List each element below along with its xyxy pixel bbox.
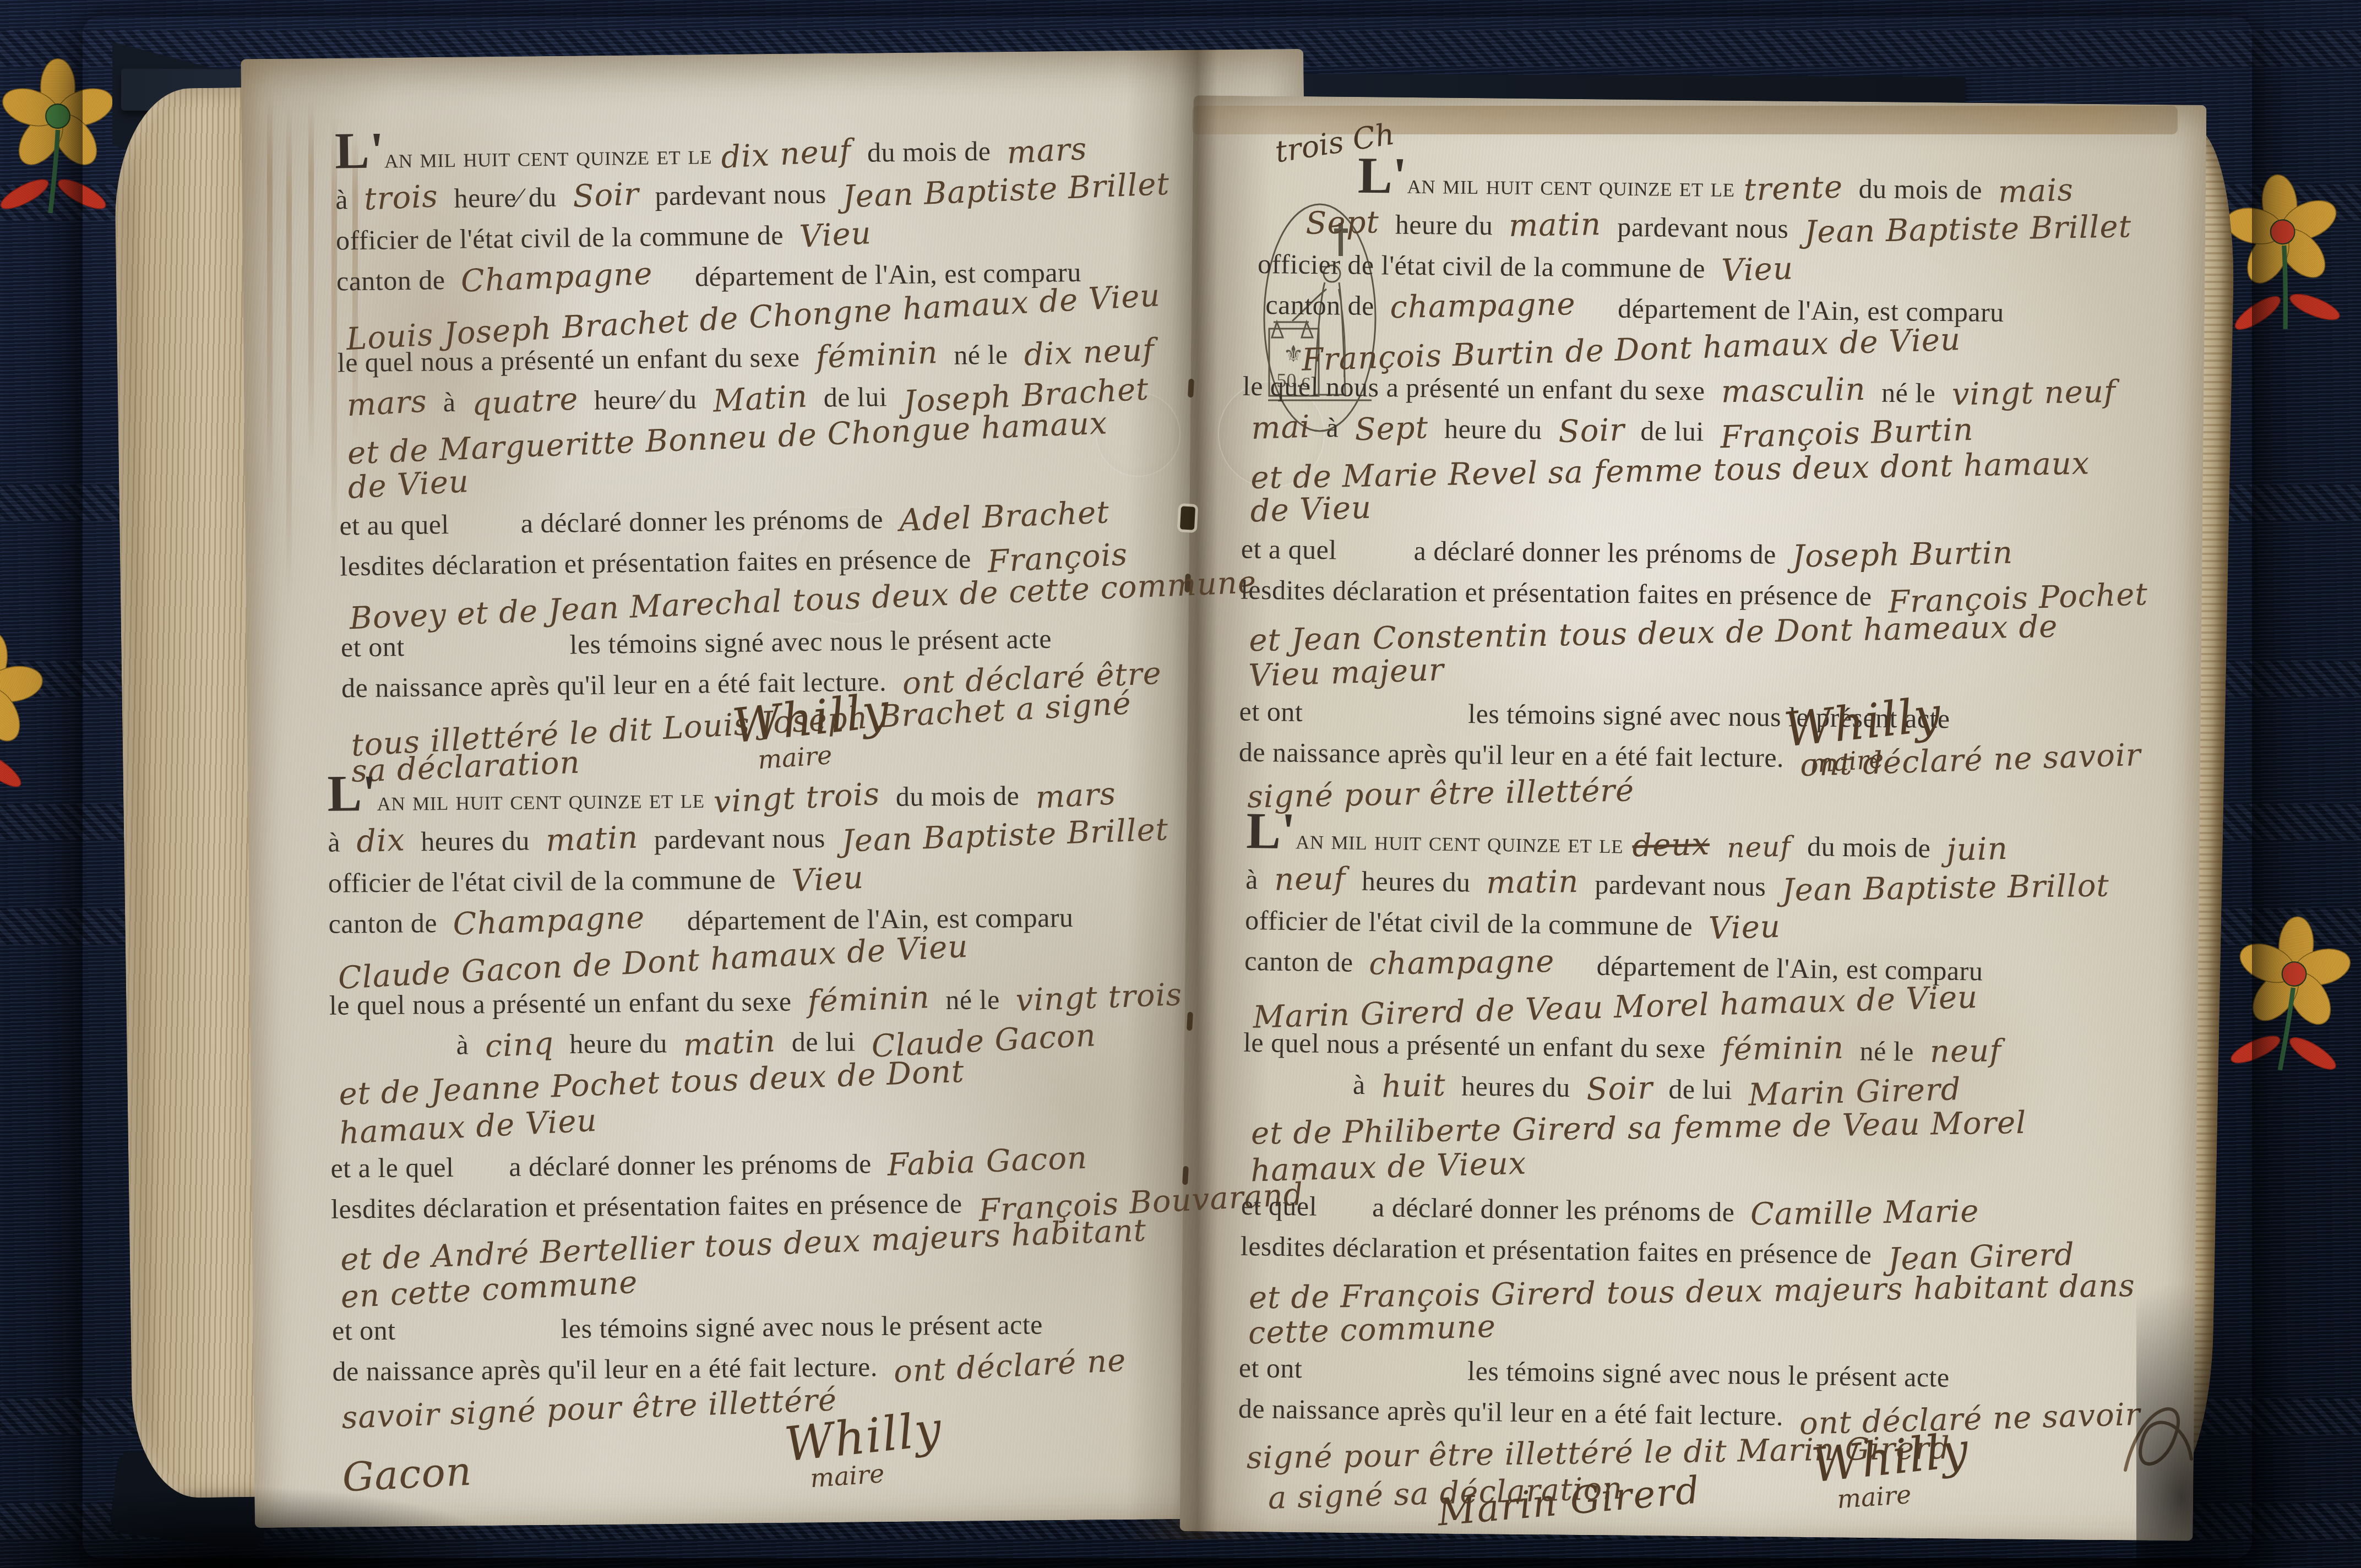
printed-form-text: de naissance après qu'il leur en a été f… — [1238, 1393, 1791, 1431]
printed-form-text: et a le quel — [330, 1152, 454, 1184]
printed-form-text: a déclaré donner les prénoms de — [509, 1148, 879, 1182]
printed-form-text: L'an mil huit cent quinze et le — [1358, 159, 1736, 204]
form-blank — [654, 929, 687, 930]
printed-form-text: du mois de — [1851, 173, 1989, 205]
printed-form-text: heures du — [1454, 1070, 1577, 1103]
mayor-signature: Whilly maire — [732, 691, 890, 770]
birth-act-entry: L'an mil huit cent quinze et le deuxneuf… — [1237, 814, 2128, 1526]
printed-form-text: les témoins signé avec nous le présent a… — [561, 1309, 1043, 1344]
handwritten-entry: Jean Baptiste Brillot — [1782, 869, 2109, 907]
handwritten-entry: Sept — [1354, 411, 1429, 447]
printed-form-text: et ont — [1239, 1352, 1303, 1384]
handwritten-entry: champagne — [1390, 288, 1576, 324]
handwritten-entry: matin — [545, 821, 639, 858]
handwritten-entry: hamaux de Vieu — [339, 1104, 598, 1151]
printed-form-text: a déclaré donner les prénoms de — [1372, 1191, 1742, 1227]
form-blank — [662, 285, 695, 287]
printed-form-text: de lui — [1661, 1073, 1739, 1105]
handwritten-entry: deux — [1631, 828, 1710, 863]
printed-form-text: a déclaré donner les prénoms de — [1413, 535, 1783, 570]
printed-form-text: pardevant nous — [1587, 869, 1774, 902]
mayor-signature: Whilly maire — [785, 1409, 943, 1489]
printed-form-text: canton de — [336, 264, 453, 297]
handwritten-entry: Vieu — [1708, 911, 1781, 946]
printed-form-text: lesdites déclaration et présentation fai… — [340, 543, 978, 581]
printed-form-text: pardevant nous — [648, 178, 834, 211]
handwritten-entry: de Vieu — [347, 465, 470, 505]
handwritten-entry: et de Marie Revel sa femme tous deux don… — [1250, 447, 2090, 495]
printed-form-text: et a quel — [1241, 533, 1337, 565]
handwritten-entry: Vieu — [1721, 252, 1793, 287]
corner-shadow — [2136, 1211, 2361, 1568]
handwritten-entry: juin — [1946, 832, 2009, 867]
form-blank — [396, 1337, 561, 1340]
handwritten-entry: neuf — [1930, 1035, 2002, 1069]
printed-form-text: et ont — [332, 1315, 396, 1346]
handwritten-entry: mars — [1035, 777, 1117, 814]
printed-form-text: à — [335, 184, 355, 215]
handwritten-entry: signé pour être illettéré — [1247, 774, 1635, 814]
handwritten-entry: Fabia Gacon — [887, 1142, 1089, 1182]
printed-form-text: à — [328, 827, 347, 858]
handwritten-entry: Vieu — [791, 862, 864, 899]
register-line: et de André Bertellier tous deux majeurs… — [331, 1225, 1191, 1273]
handwritten-entry: Matin — [712, 380, 808, 418]
handwritten-entry: vingt neuf — [1951, 375, 2116, 411]
birth-act-entry: L'an mil huit cent quinze et le vingt tr… — [327, 770, 1192, 1501]
form-blank — [1337, 558, 1414, 559]
register-line: et de Marie Revel sa femme tous deux don… — [1242, 450, 2123, 500]
printed-form-text: officier de l'état civil de la commune d… — [1245, 905, 1700, 942]
printed-form-text: heure du — [1388, 209, 1500, 241]
printed-form-text: officier de l'état civil de la commune d… — [328, 864, 783, 899]
printed-form-text: les témoins signé avec nous le présent a… — [1467, 1355, 1950, 1393]
handwritten-entry: féminin — [1721, 1032, 1844, 1066]
birth-act-entry: L'an mil huit cent quinze et le trente d… — [1238, 158, 2126, 826]
handwritten-entry: Champagne — [453, 901, 646, 941]
printed-form-text: heure du — [562, 1027, 674, 1059]
handwritten-entry: Champagne — [460, 258, 654, 298]
handwritten-entry: trente — [1743, 171, 1843, 207]
handwritten-entry: mais — [1998, 174, 2074, 209]
printed-form-text: lesdites déclaration et présentation fai… — [1241, 1231, 1879, 1270]
handwritten-entry: mars — [1006, 133, 1088, 170]
printed-form-text: à — [1245, 864, 1265, 895]
handwritten-entry: vingt trois — [712, 778, 880, 819]
register-line: officier de l'état civil de la commune d… — [328, 858, 1188, 907]
handwritten-entry: quatre — [471, 383, 579, 421]
form-blank — [449, 531, 521, 533]
handwritten-entry: neuf — [1727, 830, 1792, 864]
printed-form-text: du mois de — [1800, 831, 1938, 863]
register-line: à dix heures du matin pardevant nous Jea… — [328, 818, 1187, 866]
handwritten-entry: matin — [1509, 208, 1602, 243]
printed-form-text: canton de — [1244, 945, 1361, 978]
handwritten-entry: champagne — [1369, 945, 1555, 981]
handwritten-entry: Sept — [1305, 206, 1380, 240]
printed-form-text: L'an mil huit cent quinze et le — [335, 130, 712, 175]
handwritten-entry: et Jean Constentin tous deux de Dont ham… — [1249, 611, 2058, 658]
handwritten-entry: matin — [683, 1025, 777, 1062]
printed-form-text: canton de — [1265, 289, 1381, 321]
printed-form-text: lesdites déclaration et présentation fai… — [1241, 574, 1879, 612]
handwritten-entry: Vieu — [799, 217, 873, 254]
handwritten-entry: Jean Baptiste Brillet — [841, 813, 1169, 858]
printed-form-text: à — [456, 1029, 476, 1060]
printed-form-text: à — [1319, 412, 1346, 443]
printed-form-text: de lui — [785, 1026, 863, 1057]
form-blank — [454, 1175, 509, 1177]
handwritten-entry: ont déclaré ne — [893, 1344, 1127, 1389]
printed-form-text: heure du — [1437, 413, 1549, 445]
handwritten-entry: trois — [363, 180, 439, 216]
handwritten-entry: mars — [346, 385, 428, 423]
printed-form-text: département de l'Ain, est comparu — [687, 902, 1074, 936]
handwritten-entry: Adel Brachet — [899, 496, 1110, 537]
printed-form-text: lesdites déclaration et présentation fai… — [331, 1188, 970, 1224]
handwritten-entry: dix neuf — [720, 134, 852, 175]
handwritten-entry: féminin — [815, 336, 938, 374]
form-blank — [1302, 1376, 1467, 1380]
printed-form-text: de lui — [816, 381, 894, 413]
printed-form-text: à — [436, 386, 463, 418]
printed-form-text: à — [1353, 1069, 1373, 1100]
register-line: et de Jeanne Pochet tous deux de Dont — [330, 1062, 1189, 1110]
printed-form-text: né le — [1874, 377, 1943, 409]
edge-stain-streak — [267, 94, 273, 512]
form-blank — [1585, 316, 1618, 318]
printed-form-text: pardevant nous — [647, 823, 833, 855]
printed-form-text: officier de l'état civil de la commune d… — [1258, 248, 1713, 284]
printed-form-text: heures du — [414, 825, 537, 857]
handwritten-entry: et de François Girerd tous deux majeurs … — [1249, 1270, 2136, 1315]
handwritten-entry: vingt trois — [1015, 978, 1183, 1017]
printed-form-text: né le — [946, 339, 1015, 371]
handwritten-entry: féminin — [807, 981, 931, 1019]
handwritten-entry: Camille Marie — [1750, 1195, 1979, 1232]
printed-form-text: heures du — [1354, 865, 1478, 898]
edge-stain-streak — [308, 99, 314, 473]
handwritten-entry: mai — [1250, 411, 1310, 445]
printed-form-text: du mois de — [889, 780, 1027, 812]
handwritten-entry: dix neuf — [1023, 334, 1155, 372]
handwritten-entry: huit — [1381, 1069, 1446, 1104]
printed-form-text: né le — [938, 984, 1007, 1015]
printed-form-text: de lui — [1633, 415, 1711, 447]
printed-form-text: pardevant nous — [1610, 211, 1796, 244]
printed-form-text: du mois de — [860, 135, 998, 168]
printed-form-text: et ont — [1239, 696, 1303, 727]
handwritten-entry: Soir — [1586, 1072, 1653, 1107]
form-blank — [1303, 720, 1468, 723]
handwritten-entry: matin — [1486, 865, 1579, 900]
printed-form-text: L'an mil huit cent quinze et le — [327, 774, 704, 818]
handwritten-entry: Soir — [1558, 413, 1625, 449]
handwritten-entry: hamaux de Vieux — [1250, 1147, 1527, 1188]
handwritten-entry: Vieu majeur — [1248, 654, 1445, 693]
printed-form-text: de naissance après qu'il leur en a été f… — [332, 1351, 885, 1387]
handwritten-entry: et de Philiberte Girerd sa femme de Veau… — [1251, 1107, 2027, 1151]
register-line: et a le quela déclaré donner les prénoms… — [330, 1144, 1190, 1192]
printed-form-text: heure⁄ du — [587, 383, 704, 416]
register-line: savoir signé pour être illettéré — [333, 1387, 1192, 1436]
edge-stain-streak — [286, 105, 292, 600]
photo-open-civil-register: ⚜ 50.c trois Ch L'an mil huit cent quinz… — [0, 0, 2361, 1568]
printed-form-text: et quel — [1241, 1190, 1318, 1222]
handwritten-entry: neuf — [1274, 863, 1346, 897]
printed-form-text: de naissance après qu'il leur en a été f… — [1239, 737, 1792, 774]
printed-form-text: et au quel — [339, 509, 449, 541]
printed-form-text: né le — [1852, 1035, 1921, 1067]
handwritten-entry: cinq — [484, 1027, 554, 1064]
mayor-signature: Whilly maire — [1811, 1430, 1970, 1510]
printed-form-text: officier de l'état civil de la commune d… — [336, 219, 791, 255]
printed-form-text: heure⁄ du — [447, 182, 564, 214]
handwritten-entry: de Vieu — [1250, 491, 1372, 528]
handwritten-entry: cette commune — [1248, 1310, 1497, 1351]
handwritten-entry: Jean Baptiste Brillet — [1804, 210, 2132, 249]
form-blank — [1317, 1215, 1372, 1216]
mayor-signature: Whilly maire — [1784, 695, 1942, 774]
corner-shadow — [0, 1459, 661, 1568]
printed-form-text: L'an mil huit cent quinze et le — [1246, 814, 1624, 861]
handwritten-entry: Marin Girerd de Veau Morel hamaux de Vie… — [1253, 981, 1978, 1035]
embroidered-flower-icon — [0, 613, 63, 820]
handwritten-entry: dix — [356, 824, 405, 858]
handwritten-entry: masculin — [1721, 373, 1866, 409]
printed-form-text: les témoins signé avec nous le présent a… — [569, 623, 1052, 660]
printed-form-text: canton de — [328, 907, 444, 939]
form-blank — [1564, 973, 1597, 975]
handwritten-entry: Joseph Burtin — [1792, 537, 2013, 574]
printed-form-text: a déclaré donner les prénoms de — [520, 503, 890, 538]
form-blank — [405, 652, 570, 656]
register-line: en cette commune — [331, 1266, 1191, 1314]
handwritten-entry: Soir — [572, 178, 640, 214]
